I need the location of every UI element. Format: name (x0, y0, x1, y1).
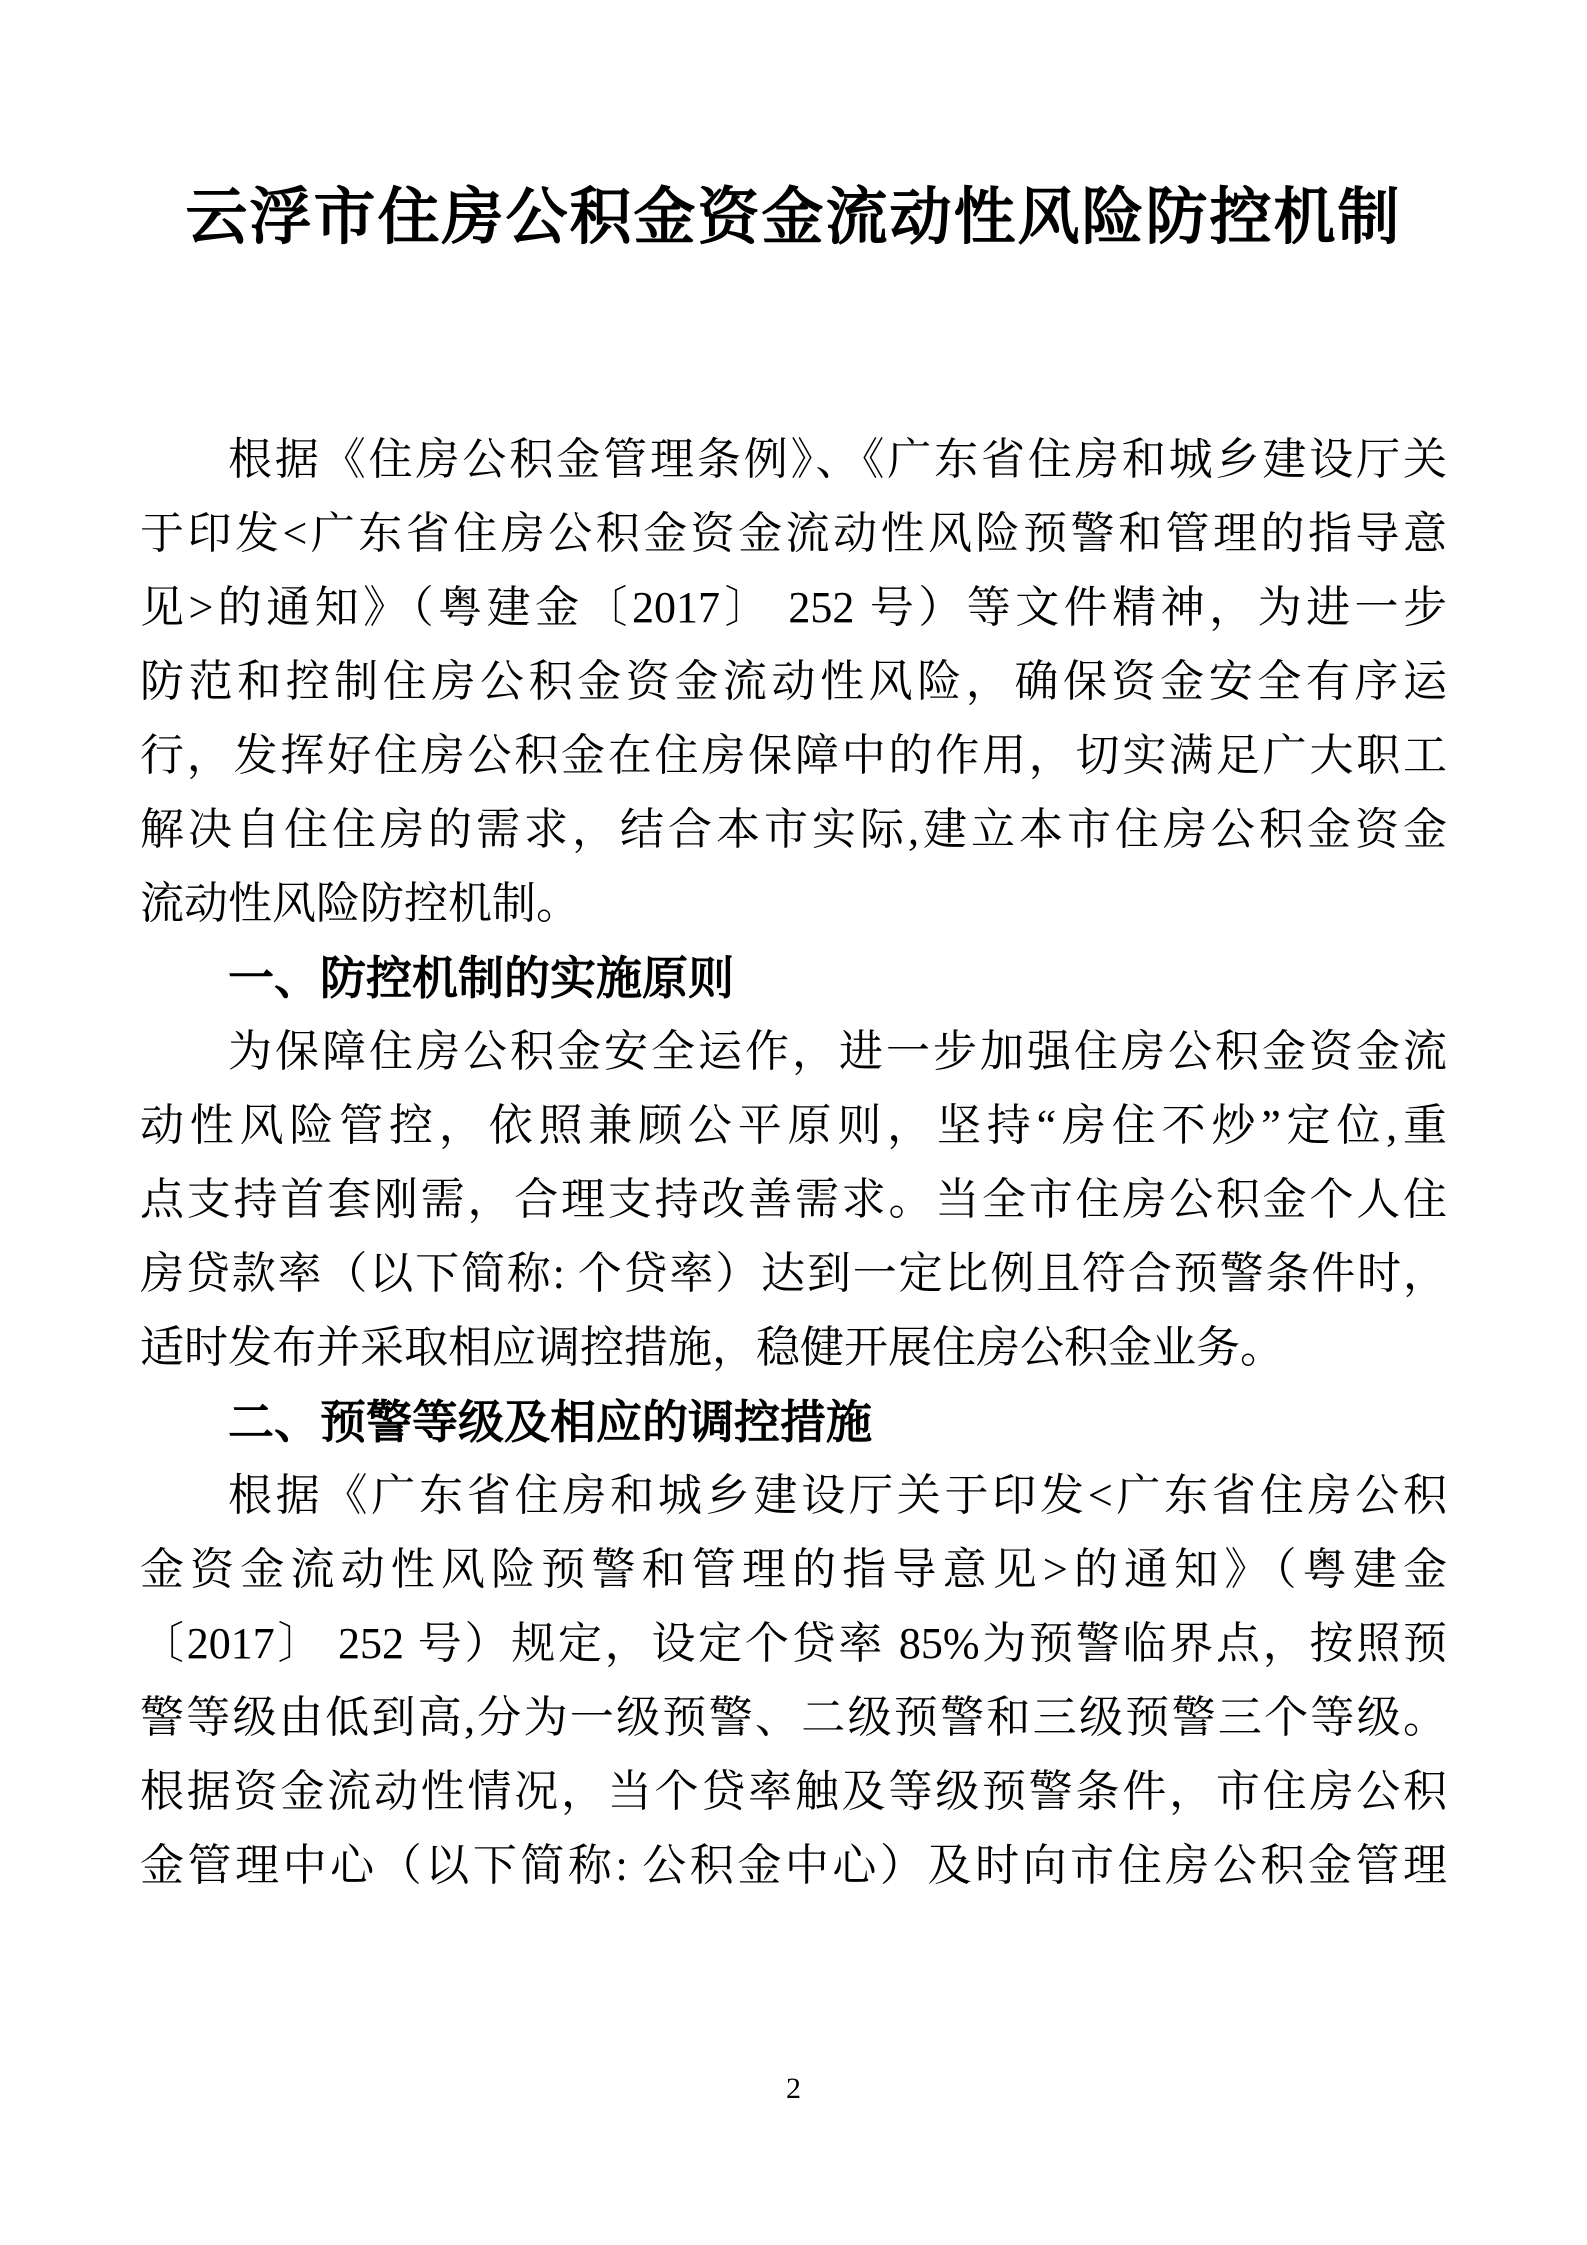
paragraph3-line-4: 警等级由低到高,分为一级预警、二级预警和三级预警三个等级。 (140, 1681, 1447, 1755)
paragraph1-line-1: 根据《住房公积金管理条例》、《广东省住房和城乡建设厅关 (140, 423, 1447, 497)
paragraph2-line-4: 房贷款率（以下简称: 个贷率）达到一定比例且符合预警条件时， (140, 1237, 1447, 1311)
page-number: 2 (0, 2072, 1587, 2106)
paragraph3-line-6: 金管理中心（以下简称: 公积金中心）及时向市住房公积金管理 (140, 1829, 1447, 1903)
paragraph3-line-3: 〔2017〕 252 号）规定，设定个贷率 85%为预警临界点，按照预 (140, 1607, 1447, 1681)
paragraph2-line-5: 适时发布并采取相应调控措施，稳健开展住房公积金业务。 (140, 1311, 1447, 1385)
document-page: 云浮市住房公积金资金流动性风险防控机制 根据《住房公积金管理条例》、《广东省住房… (0, 0, 1587, 2245)
paragraph2-line-1: 为保障住房公积金安全运作，进一步加强住房公积金资金流 (140, 1015, 1447, 1089)
document-body: 根据《住房公积金管理条例》、《广东省住房和城乡建设厅关 于印发<广东省住房公积金… (140, 423, 1447, 1903)
paragraph2-line-2: 动性风险管控，依照兼顾公平原则，坚持“房住不炒”定位,重 (140, 1089, 1447, 1163)
paragraph1-line-4: 防范和控制住房公积金资金流动性风险，确保资金安全有序运 (140, 645, 1447, 719)
paragraph2-line-3: 点支持首套刚需，合理支持改善需求。当全市住房公积金个人住 (140, 1163, 1447, 1237)
paragraph1-line-2: 于印发<广东省住房公积金资金流动性风险预警和管理的指导意 (140, 497, 1447, 571)
paragraph1-line-5: 行，发挥好住房公积金在住房保障中的作用，切实满足广大职工 (140, 719, 1447, 793)
paragraph3-line-1: 根据《广东省住房和城乡建设厅关于印发<广东省住房公积 (140, 1459, 1447, 1533)
paragraph1-line-3: 见>的通知》（粤建金〔2017〕 252 号）等文件精神，为进一步 (140, 571, 1447, 645)
document-title: 云浮市住房公积金资金流动性风险防控机制 (0, 178, 1587, 258)
paragraph1-line-7: 流动性风险防控机制。 (140, 867, 1447, 941)
paragraph3-line-2: 金资金流动性风险预警和管理的指导意见>的通知》（粤建金 (140, 1533, 1447, 1607)
paragraph1-line-6: 解决自住住房的需求，结合本市实际,建立本市住房公积金资金 (140, 793, 1447, 867)
paragraph3-line-5: 根据资金流动性情况，当个贷率触及等级预警条件，市住房公积 (140, 1755, 1447, 1829)
section-heading-2: 二、预警等级及相应的调控措施 (140, 1385, 1447, 1459)
section-heading-1: 一、防控机制的实施原则 (140, 941, 1447, 1015)
